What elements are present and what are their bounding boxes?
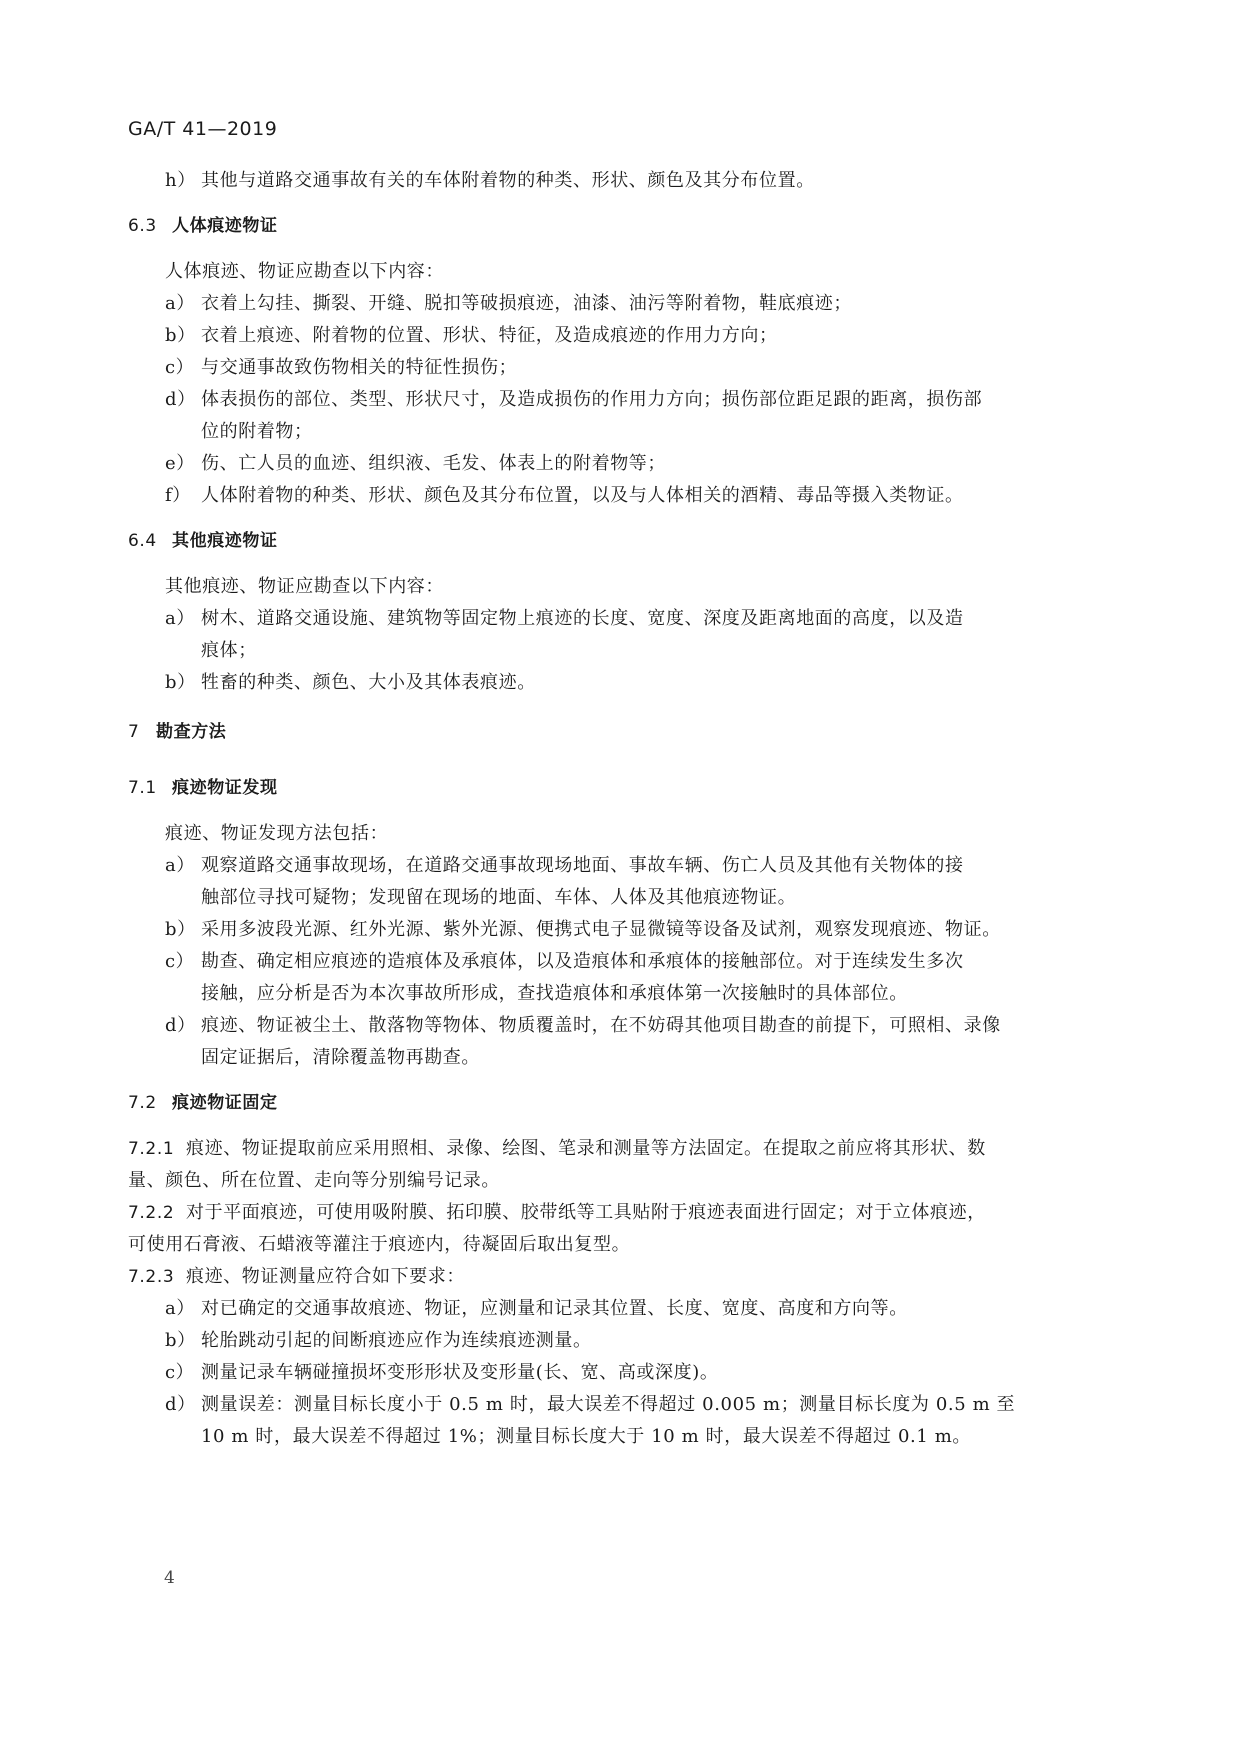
list-item-continuation: 位的附着物； [201, 420, 313, 444]
document-page: GA/T 41—2019 h）其他与道路交通事故有关的车体附着物的种类、形状、颜… [0, 0, 1241, 1755]
item-text: 其他与道路交通事故有关的车体附着物的种类、形状、颜色及其分布位置。 [201, 170, 815, 191]
list-item: c）与交通事故致伤物相关的特征性损伤； [165, 356, 517, 380]
list-item-continuation: 固定证据后，清除覆盖物再勘查。 [201, 1046, 480, 1070]
list-item-continuation: 触部位寻找可疑物；发现留在现场的地面、车体、人体及其他痕迹物证。 [201, 886, 796, 910]
list-item: c）勘查、确定相应痕迹的造痕体及承痕体，以及造痕体和承痕体的接触部位。对于连续发… [165, 950, 964, 974]
section-heading-6-3: 6.3人体痕迹物证 [128, 214, 278, 238]
list-item: a）衣着上勾挂、撕裂、开缝、脱扣等破损痕迹，油漆、油污等附着物，鞋底痕迹； [165, 292, 852, 316]
section-heading-7-2: 7.2痕迹物证固定 [128, 1091, 278, 1115]
list-item: a）对已确定的交通事故痕迹、物证，应测量和记录其位置、长度、宽度、高度和方向等。 [165, 1297, 908, 1321]
list-item: c）测量记录车辆碰撞损坏变形形状及变形量(长、宽、高或深度)。 [165, 1361, 718, 1385]
section-intro: 人体痕迹、物证应勘查以下内容： [165, 260, 444, 284]
section-intro: 痕迹、物证发现方法包括： [165, 822, 388, 846]
page-number: 4 [164, 1568, 175, 1588]
list-item: d）测量误差：测量目标长度小于 0.5 m 时，最大误差不得超过 0.005 m… [165, 1393, 1015, 1417]
section-heading-6-4: 6.4其他痕迹物证 [128, 529, 278, 553]
list-item: a）树木、道路交通设施、建筑物等固定物上痕迹的长度、宽度、深度及距离地面的高度，… [165, 607, 964, 631]
list-item: b）衣着上痕迹、附着物的位置、形状、特征，及造成痕迹的作用力方向； [165, 324, 778, 348]
document-id-header: GA/T 41—2019 [128, 118, 277, 140]
item-label: h） [165, 169, 201, 193]
list-item: e）伤、亡人员的血迹、组织液、毛发、体表上的附着物等； [165, 452, 666, 476]
list-item-continuation: 痕体； [201, 639, 257, 663]
clause-7-2-1: 7.2.1痕迹、物证提取前应采用照相、录像、绘图、笔录和测量等方法固定。在提取之… [128, 1137, 986, 1161]
list-item: d）痕迹、物证被尘土、散落物等物体、物质覆盖时，在不妨碍其他项目勘查的前提下，可… [165, 1014, 1001, 1038]
list-item-continuation: 10 m 时，最大误差不得超过 1%；测量目标长度大于 10 m 时，最大误差不… [201, 1425, 971, 1449]
list-item: h）其他与道路交通事故有关的车体附着物的种类、形状、颜色及其分布位置。 [165, 169, 815, 193]
section-heading-7-1: 7.1痕迹物证发现 [128, 776, 278, 800]
clause-continuation: 量、颜色、所在位置、走向等分别编号记录。 [128, 1169, 500, 1193]
list-item: b）轮胎跳动引起的间断痕迹应作为连续痕迹测量。 [165, 1329, 592, 1353]
list-item: b）采用多波段光源、红外光源、紫外光源、便携式电子显微镜等设备及试剂，观察发现痕… [165, 918, 1001, 942]
section-intro: 其他痕迹、物证应勘查以下内容： [165, 575, 444, 599]
list-item: a）观察道路交通事故现场，在道路交通事故现场地面、事故车辆、伤亡人员及其他有关物… [165, 854, 964, 878]
clause-7-2-2: 7.2.2对于平面痕迹，可使用吸附膜、拓印膜、胶带纸等工具贴附于痕迹表面进行固定… [128, 1201, 986, 1225]
chapter-heading-7: 7勘查方法 [128, 720, 226, 744]
list-item-continuation: 接触，应分析是否为本次事故所形成，查找造痕体和承痕体第一次接触时的具体部位。 [201, 982, 908, 1006]
list-item: d）体表损伤的部位、类型、形状尺寸，及造成损伤的作用力方向；损伤部位距足跟的距离… [165, 388, 982, 412]
list-item: b）牲畜的种类、颜色、大小及其体表痕迹。 [165, 671, 536, 695]
clause-7-2-3: 7.2.3痕迹、物证测量应符合如下要求： [128, 1265, 465, 1289]
clause-continuation: 可使用石膏液、石蜡液等灌注于痕迹内，待凝固后取出复型。 [128, 1233, 630, 1257]
list-item: f）人体附着物的种类、形状、颜色及其分布位置，以及与人体相关的酒精、毒品等摄入类… [165, 484, 964, 508]
